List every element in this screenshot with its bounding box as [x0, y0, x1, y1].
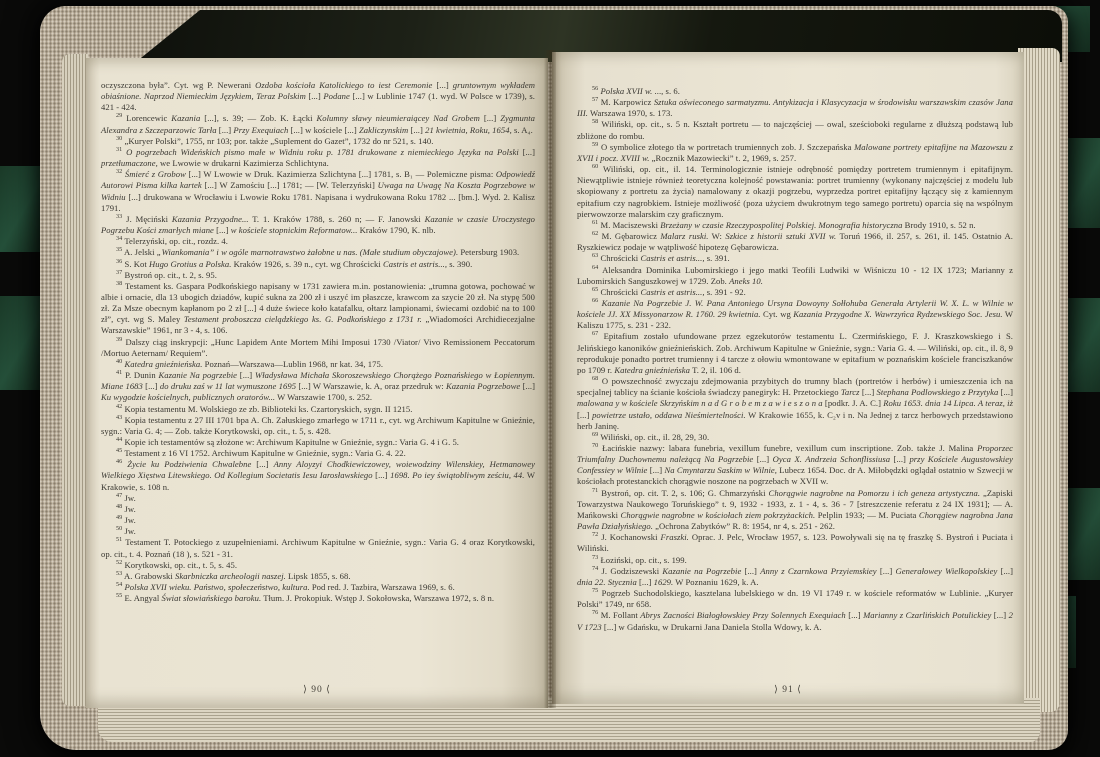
footnote: 65 Chrościcki Castris et astris..., s. 3…	[577, 287, 1013, 298]
footnote: 61 M. Maciszewski Brzeżany w czasie Rzec…	[577, 220, 1013, 231]
footnote: 74 J. Godziszewski Kazanie na Pogrzebie …	[577, 566, 1013, 588]
footnote-number: 44	[116, 436, 122, 443]
footnote: 75 Pogrzeb Suchodolskiego, kasztelana lu…	[577, 588, 1013, 610]
footnote-number: 59	[592, 141, 598, 148]
footnote: 38 Testament ks. Gaspara Podkońskiego na…	[101, 281, 535, 337]
footnote-number: 57	[592, 96, 598, 103]
footnote-number: 31	[116, 146, 122, 153]
footnote: 41 P. Dunin Kazanie Na pogrzebie [...] W…	[101, 370, 535, 403]
photo-background: oczyszczona była”. Cyt. wg P. Newerani O…	[0, 0, 1100, 757]
footnote: 35 A. Jelski „Wiankomania” i w ogóle mar…	[101, 247, 535, 258]
footnote: 53 A. Grabowski Skarbniczka archeologii …	[101, 571, 535, 582]
open-book: oczyszczona była”. Cyt. wg P. Newerani O…	[40, 6, 1068, 750]
footnote: 55 E. Angyal Świat słowiańskiego baroku.…	[101, 593, 535, 604]
footnote: 54 Polska XVII wieku. Państwo, społeczeń…	[101, 582, 535, 593]
footnote-number: 51	[116, 537, 122, 544]
footnote-number: 30	[116, 135, 122, 142]
footnote-number: 74	[592, 565, 598, 572]
footnote-number: 71	[592, 487, 598, 494]
page-left: oczyszczona była”. Cyt. wg P. Newerani O…	[86, 58, 548, 708]
footnote-number: 40	[116, 358, 122, 365]
backing-board	[1064, 298, 1100, 392]
page-right: 56 Polska XVII w. ..., s. 6.57 M. Karpow…	[552, 52, 1024, 704]
footnote: 59 O symbolice złotego tła w portretach …	[577, 142, 1013, 164]
footnote-number: 52	[116, 559, 122, 566]
footnote: 34 Telerzyński, op. cit., rozdz. 4.	[101, 236, 535, 247]
footnote: 58 Wiliński, op. cit., s. 5 n. Kształt p…	[577, 119, 1013, 141]
footnote: 50 Jw.	[101, 526, 535, 537]
footnote-number: 53	[116, 570, 122, 577]
footnote: 63 Chrościcki Castris et astris..., s. 3…	[577, 253, 1013, 264]
footnote: 30 „Kuryer Polski”, 1755, nr 103; por. t…	[101, 136, 535, 147]
footnote: 57 M. Karpowicz Sztuka oświeconego sarma…	[577, 97, 1013, 119]
footnote-number: 55	[116, 592, 122, 599]
backing-board	[0, 166, 40, 252]
footnote: 52 Korytkowski, op. cit., t. 5, s. 45.	[101, 560, 535, 571]
footnote: 69 Wiliński, op. cit., il. 28, 29, 30.	[577, 432, 1013, 443]
footnote-number: 75	[592, 587, 598, 594]
footnote: 72 J. Kochanowski Fraszki. Oprac. J. Pel…	[577, 532, 1013, 554]
backing-board	[1064, 138, 1100, 228]
footnote-number: 63	[592, 252, 598, 259]
footnote-number: 43	[116, 414, 122, 421]
footnote-number: 37	[116, 269, 122, 276]
footnote-number: 72	[592, 531, 598, 538]
footnote: 42 Kopia testamentu M. Wolskiego ze zb. …	[101, 404, 535, 415]
book-gutter-shadow	[544, 50, 556, 708]
footnote: 62 M. Gębarowicz Malarz ruski. W: Szkice…	[577, 231, 1013, 253]
footnote: 47 Jw.	[101, 493, 535, 504]
footnote-number: 42	[116, 403, 122, 410]
footnote: 37 Bystroń op. cit., t. 2, s. 95.	[101, 270, 535, 281]
footnote-number: 65	[592, 286, 598, 293]
footnote-number: 73	[592, 554, 598, 561]
footnote-number: 35	[116, 246, 122, 253]
footnote-number: 50	[116, 525, 122, 532]
footnote: 66 Kazanie Na Pogrzebie J. W. Pana Anton…	[577, 298, 1013, 331]
footnote-number: 29	[116, 113, 122, 120]
footnotes-column-right: 56 Polska XVII w. ..., s. 6.57 M. Karpow…	[577, 86, 1013, 633]
page-number-right: ⟩ 91 ⟨	[552, 684, 1024, 695]
footnote-number: 61	[592, 219, 598, 226]
footnote-number: 69	[592, 431, 598, 438]
footnote: 46 Życie ku Podziwienia Chwalebne [...] …	[101, 459, 535, 492]
footnote-number: 54	[116, 581, 122, 588]
footnote-number: 45	[116, 447, 122, 454]
footnote-number: 56	[592, 85, 598, 92]
footnote-number: 60	[592, 163, 598, 170]
footnote-number: 39	[116, 336, 122, 343]
footnote: oczyszczona była”. Cyt. wg P. Newerani O…	[101, 80, 535, 113]
footnote-number: 34	[116, 235, 122, 242]
footnote-number: 66	[592, 297, 598, 304]
footnote: 43 Kopia testamentu z 27 III 1701 bpa A.…	[101, 415, 535, 437]
footnote-number: 41	[116, 369, 122, 376]
footnote: 67 Epitafium zostało ufundowane przez eg…	[577, 331, 1013, 376]
footnote-number: 64	[592, 264, 598, 271]
footnote-number: 38	[116, 280, 122, 287]
footnote: 76 M. Follant Abrys Zacności Białogłowsk…	[577, 610, 1013, 632]
footnote: 31 O pogrzebach Wideńskich pismo małe w …	[101, 147, 535, 169]
footnotes-column-left: oczyszczona była”. Cyt. wg P. Newerani O…	[101, 80, 535, 604]
footnote: 36 S. Kot Hugo Grotius a Polska. Kraków …	[101, 259, 535, 270]
footnote: 64 Aleksandra Dominika Lubomirskiego i j…	[577, 265, 1013, 287]
footnote: 40 Katedra gnieźnieńska. Poznań—Warszawa…	[101, 359, 535, 370]
footnote: 73 Łoziński, op. cit., s. 199.	[577, 555, 1013, 566]
page-number-left: ⟩ 90 ⟨	[86, 684, 548, 695]
footnote-number: 47	[116, 492, 122, 499]
footnote-number: 76	[592, 609, 598, 616]
footnote: 60 Wiliński, op. cit., il. 14. Terminolo…	[577, 164, 1013, 220]
footnote: 39 Dalszy ciąg inskrypcji: „Hunc Lapidem…	[101, 337, 535, 359]
backing-board	[0, 296, 40, 390]
footnote-number: 32	[116, 168, 122, 175]
footnote: 71 Bystroń, op. cit. T. 2, s. 106; G. Ch…	[577, 488, 1013, 533]
footnote-number: 33	[116, 213, 122, 220]
footnote-number: 48	[116, 503, 122, 510]
footnote: 51 Testament T. Potockiego z uzupełnieni…	[101, 537, 535, 559]
footnote-number: 46	[116, 458, 122, 465]
footnote: 29 Lorencewic Kazania [...], s. 39; — Zo…	[101, 113, 535, 135]
page-edges-right	[1018, 48, 1060, 712]
footnote-number: 36	[116, 258, 122, 265]
footnote-number: 62	[592, 230, 598, 237]
footnote: 33 J. Męciński Kazania Przygodne... T. 1…	[101, 214, 535, 236]
footnote-number: 68	[592, 375, 598, 382]
footnote-number: 49	[116, 514, 122, 521]
footnote-number: 70	[592, 442, 598, 449]
footnote: 49 Jw.	[101, 515, 535, 526]
footnote: 70 Łacińskie nazwy: labara funebria, vex…	[577, 443, 1013, 488]
footnote: 48 Jw.	[101, 504, 535, 515]
footnote: 45 Testament z 16 VI 1752. Archiwum Kapi…	[101, 448, 535, 459]
page-edges-left	[62, 54, 88, 706]
footnote: 68 O powszechność zwyczaju zdejmowania p…	[577, 376, 1013, 432]
footnote: 32 Śmierć z Grobow [...] W Lwowie w Druk…	[101, 169, 535, 214]
footnote-number: 58	[592, 119, 598, 126]
footnote: 44 Kopie ich testamentów są złożone w: A…	[101, 437, 535, 448]
footnote: 56 Polska XVII w. ..., s. 6.	[577, 86, 1013, 97]
footnote-number: 67	[592, 331, 598, 338]
